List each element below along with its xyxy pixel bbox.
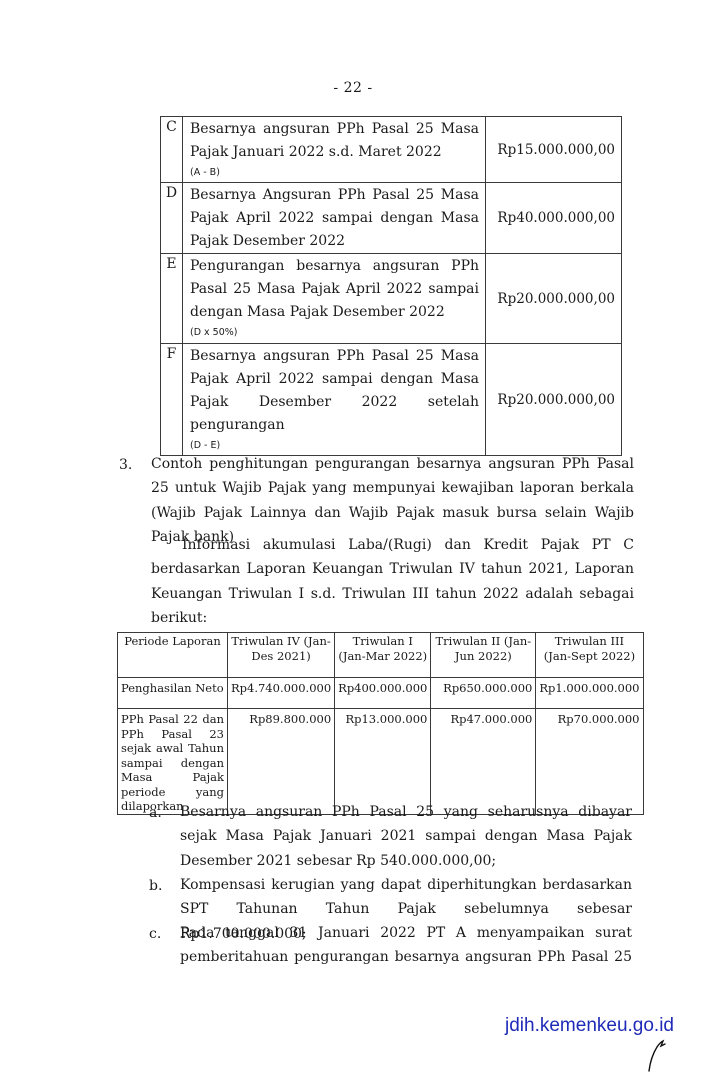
row-description: Pengurangan besarnya angsuran PPh Pasal … [183,254,486,344]
cell-value: Rp400.000.000 [335,678,431,709]
row-amount: Rp20.000.000,00 [486,344,622,456]
row-letter: F [161,344,183,456]
description-text: Besarnya angsuran PPh Pasal 25 Masa Paja… [190,118,479,164]
cell-value: Rp89.800.000 [228,709,335,815]
cell-value: Rp13.000.000 [335,709,431,815]
row-description: Besarnya Angsuran PPh Pasal 25 Masa Paja… [183,183,486,254]
jdih-link[interactable]: jdih.kemenkeu.go.id [505,1015,674,1037]
cell-value: Rp70.000.000 [536,709,643,815]
description-text: Besarnya angsuran PPh Pasal 25 Masa Paja… [190,345,479,437]
column-header: Triwulan IV (Jan-Des 2021) [228,633,335,678]
table-row: PPh Pasal 22 dan PPh Pasal 23 sejak awal… [118,709,644,815]
cell-value: Rp4.740.000.000 [228,678,335,709]
table-row: F Besarnya angsuran PPh Pasal 25 Masa Pa… [161,344,622,456]
list-marker: b. [149,878,162,894]
description-text: Pengurangan besarnya angsuran PPh Pasal … [190,255,479,324]
cell-value: Rp1.000.000.000 [536,678,643,709]
section-intro: Informasi akumulasi Laba/(Rugi) dan Kred… [151,533,634,630]
list-marker: a. [149,805,162,821]
row-amount: Rp40.000.000,00 [486,183,622,254]
column-header: Periode Laporan [118,633,228,678]
row-label: PPh Pasal 22 dan PPh Pasal 23 sejak awal… [118,709,228,815]
cell-value: Rp47.000.000 [431,709,536,815]
table-row: C Besarnya angsuran PPh Pasal 25 Masa Pa… [161,117,622,183]
row-letter: C [161,117,183,183]
column-header: Triwulan I (Jan-Mar 2022) [335,633,431,678]
row-label: Penghasilan Neto [118,678,228,709]
row-description: Besarnya angsuran PPh Pasal 25 Masa Paja… [183,117,486,183]
column-header: Triwulan III (Jan-Sept 2022) [536,633,643,678]
row-letter: D [161,183,183,254]
row-amount: Rp15.000.000,00 [486,117,622,183]
row-formula: (D x 50%) [190,324,479,342]
list-marker: c. [149,926,161,942]
installment-calculation-table: C Besarnya angsuran PPh Pasal 25 Masa Pa… [160,116,622,456]
row-description: Besarnya angsuran PPh Pasal 25 Masa Paja… [183,344,486,456]
row-amount: Rp20.000.000,00 [486,254,622,344]
column-header: Triwulan II (Jan-Jun 2022) [431,633,536,678]
quarterly-report-table: Periode Laporan Triwulan IV (Jan-Des 202… [117,632,644,815]
description-text: Besarnya Angsuran PPh Pasal 25 Masa Paja… [190,184,479,253]
list-item: Besarnya angsuran PPh Pasal 25 yang seha… [180,800,632,873]
section-number: 3. [119,457,132,473]
page-number: - 22 - [0,80,706,96]
row-letter: E [161,254,183,344]
table-row: D Besarnya Angsuran PPh Pasal 25 Masa Pa… [161,183,622,254]
table-row: Penghasilan Neto Rp4.740.000.000 Rp400.0… [118,678,644,709]
table-header-row: Periode Laporan Triwulan IV (Jan-Des 202… [118,633,644,678]
cell-value: Rp650.000.000 [431,678,536,709]
list-item: Pada tanggal 31 Januari 2022 PT A menyam… [180,921,632,970]
row-formula: (A - B) [190,164,479,182]
table-row: E Pengurangan besarnya angsuran PPh Pasa… [161,254,622,344]
paraf-signature-icon [643,1035,673,1079]
